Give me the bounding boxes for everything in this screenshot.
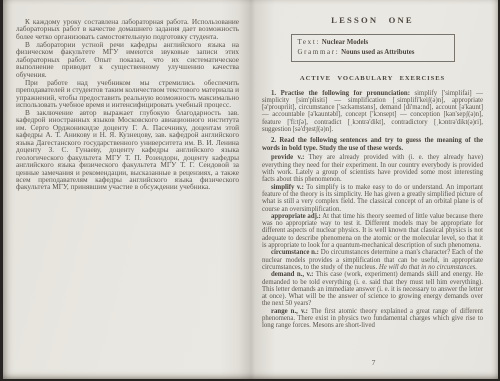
vocab-term: simplify v.: (271, 184, 304, 191)
vocab-entry-appropriate: appropriate adj.: At that time his theor… (262, 213, 483, 249)
vocab-entry-range: range n., v.: The first atomic theory ex… (262, 308, 483, 330)
exercise-2-heading-text: 2. Read the following sentences and try … (262, 137, 483, 151)
preface-paragraph: В заключение автор выражает глубокую бла… (16, 109, 239, 191)
right-page: LESSON ONE Text: Nuclear Models Grammar:… (249, 0, 498, 379)
vocab-term: provide v.: (271, 154, 304, 161)
text-value: Nuclear Models (322, 39, 368, 46)
preface-paragraph: При работе над учебником мы стремились о… (16, 79, 239, 109)
scanned-book-screenshot: { "left_page": { "paragraphs": [ "К кажд… (0, 0, 500, 381)
vocab-entry-simplify: simplify v.: To simplify is to make easy… (262, 184, 483, 213)
vocab-term: range n., v.: (271, 308, 308, 315)
page-number: 7 (249, 359, 498, 366)
preface-paragraph: В лаборатории устной речи кафедры англий… (16, 41, 239, 78)
vocab-entry-provide: provide v.: They are already provided wi… (262, 154, 483, 183)
vocab-example-italic: He will do that in no circumstances. (379, 264, 477, 271)
book-spread: К каждому уроку составлена лабораторная … (3, 0, 498, 379)
info-box-grammar-line: Grammar: Nouns used as Attributes (298, 48, 448, 58)
exercise-1: 1. Practise the following for pronunciat… (262, 90, 483, 134)
exercise-1-lead: 1. Practise the following for pronunciat… (271, 90, 410, 97)
grammar-value: Nouns used as Attributes (341, 49, 414, 56)
left-page: К каждому уроку составлена лабораторная … (3, 0, 249, 379)
exercise-1-body: simplify ['simplifai] — simplicity [sim'… (262, 90, 483, 133)
section-heading: ACTIVE VOCABULARY EXERCISES (262, 75, 483, 82)
exercise-2-heading: 2. Read the following sentences and try … (262, 137, 483, 152)
vocab-term: demand n., v.: (271, 271, 313, 278)
preface-paragraph: К каждому уроку составлена лабораторная … (16, 18, 239, 40)
vocab-term: circumstance n.: (271, 249, 319, 256)
vocab-entry-circumstance: circumstance n.: Do circumstances determ… (262, 249, 483, 271)
vocab-entry-demand: demand n., v.: This case (work, experime… (262, 271, 483, 307)
info-box-text-line: Text: Nuclear Models (298, 38, 448, 48)
lesson-info-box: Text: Nuclear Models Grammar: Nouns used… (291, 34, 455, 62)
grammar-label: Grammar: (298, 49, 340, 56)
vocab-term: appropriate adj.: (271, 213, 321, 220)
text-label: Text: (298, 39, 321, 46)
lesson-title: LESSON ONE (262, 17, 483, 24)
